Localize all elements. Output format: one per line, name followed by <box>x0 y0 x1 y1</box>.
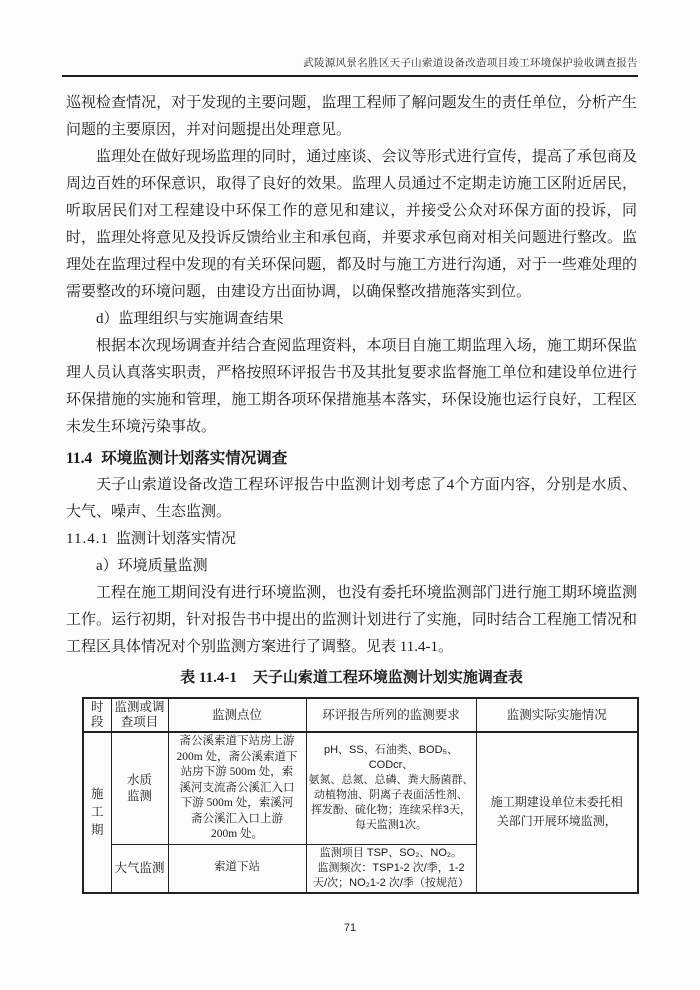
header-cell-location: 监测点位 <box>168 698 306 732</box>
list-item-a-heading: a）环境质量监测 <box>66 553 637 580</box>
table-caption: 表 11.4-1天子山索道工程环境监测计划实施调查表 <box>66 668 637 689</box>
paragraph-monitoring-implementation: 工程在施工期间没有进行环境监测，也没有委托环境监测部门进行施工期环境监测工作。运… <box>66 580 637 661</box>
list-item-d-heading: d）监理组织与实施调查结果 <box>66 306 637 333</box>
section-heading-11-4: 11.4环境监测计划落实情况调查 <box>66 445 637 472</box>
section-title: 环境监测计划落实情况调查 <box>101 450 287 467</box>
section-heading-11-4-1: 11.4.1监测计划落实情况 <box>66 526 637 553</box>
paragraph-supervision-result: 根据本次现场调查并结合查阅监理资料，本项目自施工期监理入场，施工期环保监理人员认… <box>66 333 637 441</box>
subsection-title: 监测计划落实情况 <box>116 531 236 547</box>
header-cell-item: 监测或调查项目 <box>111 698 168 732</box>
section-number: 11.4 <box>66 450 92 467</box>
cell-period-construction: 施工期 <box>83 732 111 893</box>
page-content: 巡视检查情况，对于发现的主要问题，监理工程师了解问题发生的责任单位，分析产生问题… <box>66 90 637 894</box>
header-cell-requirement: 环评报告所列的监测要求 <box>306 698 476 732</box>
cell-item-water: 水质 监测 <box>111 732 168 844</box>
cell-actual-status: 施工期建设单位未委托相 关部门开展环境监测， <box>476 732 638 893</box>
table-header-row: 时段 监测或调查项目 监测点位 环评报告所列的监测要求 监测实际实施情况 <box>83 698 638 732</box>
cell-location-water: 斋公溪索道下站房上游 200m 处，斋公溪索道下 站房下游 500m 处，索 溪… <box>168 732 306 844</box>
cell-location-air: 索道下站 <box>168 844 306 893</box>
monitoring-plan-table: 时段 监测或调查项目 监测点位 环评报告所列的监测要求 监测实际实施情况 施工期… <box>82 697 639 894</box>
paragraph-inspection-continued: 巡视检查情况，对于发现的主要问题，监理工程师了解问题发生的责任单位，分析产生问题… <box>66 90 637 144</box>
subsection-number: 11.4.1 <box>66 531 109 547</box>
document-page: 武陵源风景名胜区天子山索道设备改造项目竣工环境保护验收调查报告 巡视检查情况，对… <box>0 0 700 990</box>
header-cell-period: 时段 <box>83 698 111 732</box>
paragraph-supervision-publicity: 监理处在做好现场监理的同时，通过座谈、会议等形式进行宣传，提高了承包商及周边百姓… <box>66 144 637 306</box>
cell-requirement-water: pH、SS、石油类、BOD₅、CODcr、 氨氮、总氮、总磷、粪大肠菌群、 动植… <box>306 732 476 844</box>
table-caption-label: 表 11.4-1 <box>180 670 237 686</box>
running-header-title: 武陵源风景名胜区天子山索道设备改造项目竣工环境保护验收调查报告 <box>63 55 638 70</box>
table-row-water-monitoring: 施工期 水质 监测 斋公溪索道下站房上游 200m 处，斋公溪索道下 站房下游 … <box>83 732 638 844</box>
cell-item-air: 大气监测 <box>111 844 168 893</box>
header-divider-line <box>62 75 638 77</box>
paragraph-monitor-plan-overview: 天子山索道设备改造工程环评报告中监测计划考虑了4个方面内容，分别是水质、大气、噪… <box>66 472 637 526</box>
table-caption-title: 天子山索道工程环境监测计划实施调查表 <box>253 670 523 686</box>
header-cell-actual: 监测实际实施情况 <box>476 698 638 732</box>
page-number: 71 <box>0 922 700 934</box>
cell-requirement-air: 监测项目 TSP、SO₂、NO₂。 监测频次：TSP1-2 次/季，1-2 天/… <box>306 844 476 893</box>
